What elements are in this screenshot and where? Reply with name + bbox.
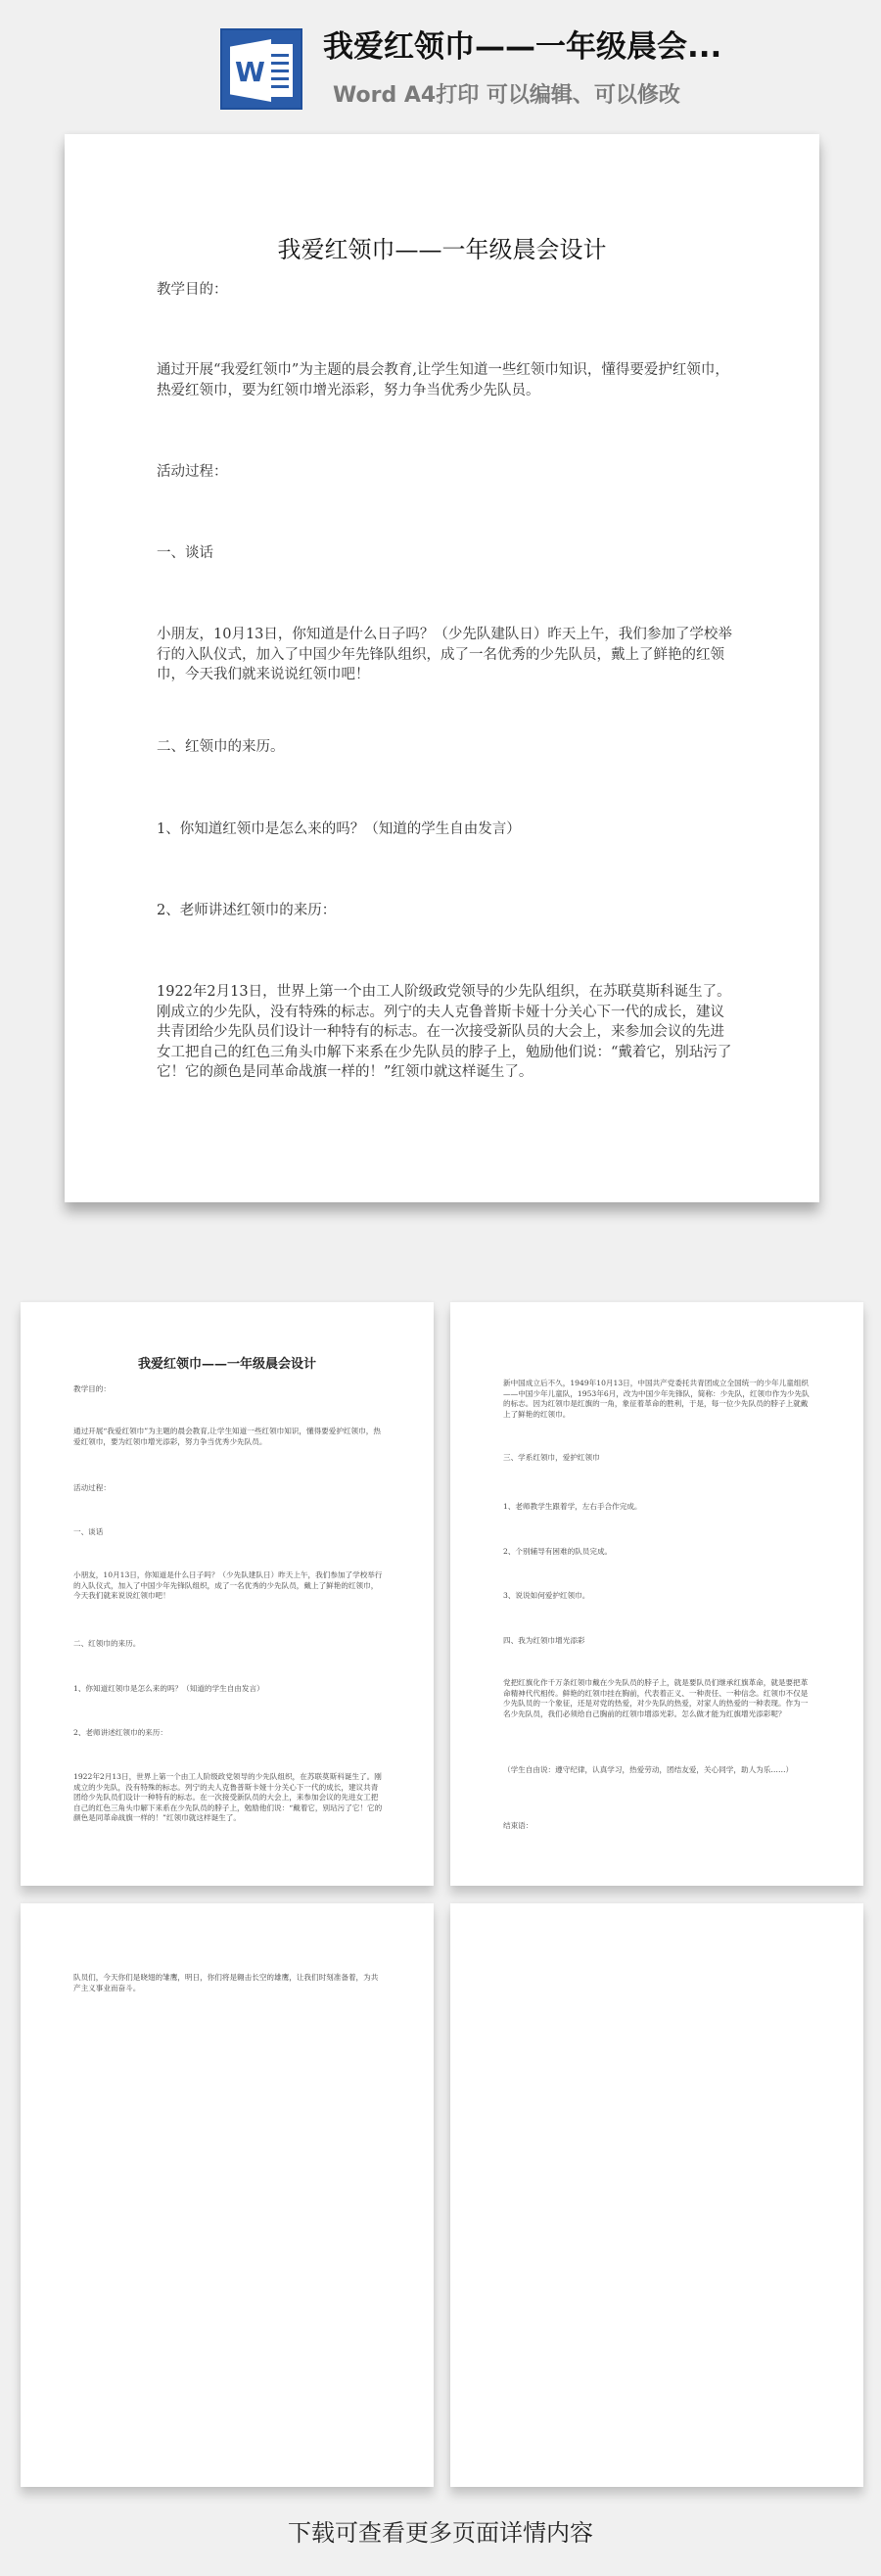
thumbnail-paragraph: 二、红领巾的来历。 — [73, 1639, 383, 1650]
thumbnail-paragraph: 活动过程： — [73, 1483, 383, 1494]
paragraph: 1、你知道红领巾是怎么来的吗？（知道的学生自由发言） — [157, 820, 734, 840]
thumbnail-paragraph: 1922年2月13日，世界上第一个由工人阶级政党领导的少先队组织，在苏联莫斯科诞… — [73, 1772, 383, 1824]
paragraph: 1922年2月13日，世界上第一个由工人阶级政党领导的少先队组织，在苏联莫斯科诞… — [157, 982, 734, 1083]
document-header: W 我爱红领巾——一年级晨会... Word A4打印 可以编辑、可以修改 — [0, 0, 881, 127]
thumbnail-page-2[interactable]: 新中国成立后不久，1949年10月13日，中国共产党委托共青团成立全国统一的少年… — [450, 1302, 863, 1886]
document-title: 我爱红领巾——一年级晨会... — [323, 22, 721, 66]
word-icon-cover: W — [230, 39, 271, 102]
word-icon-letter: W — [235, 56, 265, 88]
thumbnail-paragraph: 1、老师教学生跟着学，左右手合作完成。 — [503, 1502, 812, 1513]
thumbnail-paragraph: 3、说说如何爱护红领巾。 — [503, 1591, 812, 1602]
page-title: 我爱红领巾——一年级晨会设计 — [65, 230, 819, 264]
main-page-preview: 我爱红领巾——一年级晨会设计 教学目的： 通过开展“我爱红领巾”为主题的晨会教育… — [65, 134, 819, 1202]
thumbnail-page-3[interactable]: 队员们，今天你们是晓翅的雏鹰，明日，你们将是翱击长空的雄鹰，让我们时刻准备着，为… — [21, 1903, 434, 2487]
thumbnail-paragraph: 四、我为红领巾增光添彩 — [503, 1636, 812, 1647]
document-subtitle: Word A4打印 可以编辑、可以修改 — [333, 78, 680, 109]
thumbnail-paragraph: 小朋友，10月13日，你知道是什么日子吗？（少先队建队日）昨天上午，我们参加了学… — [73, 1570, 383, 1602]
thumbnail-paragraph: 结束语： — [503, 1821, 812, 1832]
section-heading: 一、谈话 — [157, 543, 734, 564]
thumbnail-page-1[interactable]: 我爱红领巾——一年级晨会设计 教学目的： 通过开展“我爱红领巾”为主题的晨会教育… — [21, 1302, 434, 1886]
thumbnail-paragraph: 新中国成立后不久，1949年10月13日，中国共产党委托共青团成立全国统一的少年… — [503, 1379, 812, 1420]
paragraph: 通过开展“我爱红领巾”为主题的晨会教育,让学生知道一些红领巾知识，懂得要爱护红领… — [157, 360, 734, 400]
section-heading: 二、红领巾的来历。 — [157, 737, 734, 758]
paragraph: 教学目的： — [157, 280, 734, 301]
thumbnail-paragraph: 2、老师讲述红领巾的来历： — [73, 1728, 383, 1739]
thumbnail-paragraph: （学生自由说：遵守纪律，认真学习，热爱劳动，团结友爱，关心同学，助人为乐……） — [503, 1765, 812, 1776]
word-document-icon: W — [220, 28, 302, 110]
thumbnail-title: 我爱红领巾——一年级晨会设计 — [21, 1353, 434, 1372]
thumbnail-page-4[interactable] — [450, 1903, 863, 2487]
thumbnail-paragraph: 2、个别辅导有困难的队员完成。 — [503, 1547, 812, 1558]
download-more-link[interactable]: 下载可查看更多页面详情内容 — [0, 2513, 881, 2548]
paragraph: 小朋友，10月13日，你知道是什么日子吗？（少先队建队日）昨天上午，我们参加了学… — [157, 625, 734, 685]
thumbnail-paragraph: 一、谈话 — [73, 1527, 383, 1538]
thumbnail-paragraph: 教学目的： — [73, 1384, 383, 1395]
thumbnail-paragraph: 党把红旗化作千万条红领巾戴在少先队员的脖子上，就是要队员们继承红旗革命，就是要把… — [503, 1678, 812, 1719]
thumbnail-paragraph: 队员们，今天你们是晓翅的雏鹰，明日，你们将是翱击长空的雄鹰，让我们时刻准备着，为… — [73, 1973, 383, 1993]
thumbnail-paragraph: 通过开展“我爱红领巾”为主题的晨会教育,让学生知道一些红领巾知识，懂得要爱护红领… — [73, 1427, 383, 1447]
thumbnail-paragraph: 1、你知道红领巾是怎么来的吗？（知道的学生自由发言） — [73, 1684, 383, 1695]
thumbnail-paragraph: 三、学系红领巾，爱护红领巾 — [503, 1453, 812, 1464]
paragraph: 2、老师讲述红领巾的来历： — [157, 901, 734, 921]
paragraph: 活动过程： — [157, 462, 734, 483]
